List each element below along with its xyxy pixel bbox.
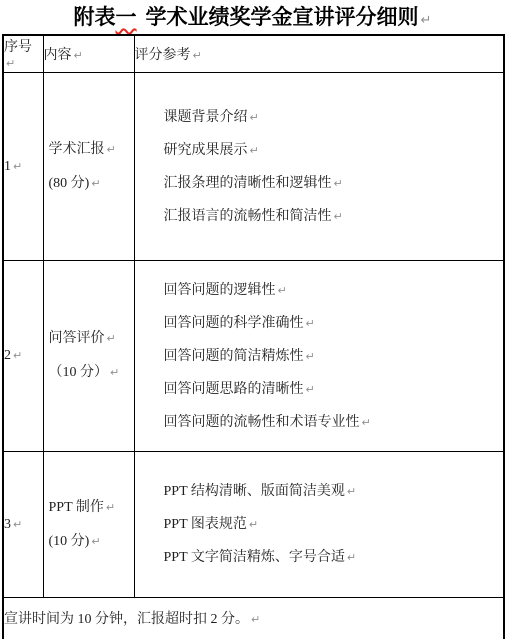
- paragraph-mark: ↵: [193, 49, 202, 62]
- criteria-line: PPT 结构清晰、版面简洁美观↵: [135, 475, 504, 508]
- row-number: 1: [4, 159, 11, 174]
- row-number: 3: [4, 517, 11, 532]
- paragraph-mark: ↵: [347, 551, 356, 564]
- header-cell-no: 序号↵: [3, 35, 43, 73]
- header-cell-criteria: 评分参考↵: [134, 35, 504, 73]
- paragraph-mark: ↵: [249, 518, 258, 531]
- criteria-text: 研究成果展示: [164, 143, 248, 158]
- criteria-line: 课题背景介绍↵: [135, 101, 504, 134]
- paragraph-mark: ↵: [91, 535, 100, 548]
- paragraph-mark: ↵: [110, 366, 119, 379]
- paragraph-mark: ↵: [13, 518, 22, 531]
- paragraph-mark: ↵: [306, 317, 315, 330]
- criteria-line: PPT 文字简洁精炼、字号合适↵: [135, 541, 504, 574]
- row-number-cell: 2↵: [3, 261, 43, 452]
- criteria-text: 课题背景介绍: [164, 110, 248, 125]
- paragraph-mark: ↵: [251, 613, 260, 626]
- paragraph-mark: ↵: [306, 383, 315, 396]
- content-cell: 学术汇报↵ (80 分)↵: [43, 73, 134, 261]
- criteria-text: 回答问题思路的清晰性: [164, 382, 304, 397]
- header-no-label: 序号: [4, 40, 32, 55]
- footer-note: 宣讲时间为 10 分钟，汇报超时扣 2 分。: [4, 612, 249, 627]
- footer-note-cell: 宣讲时间为 10 分钟，汇报超时扣 2 分。↵: [3, 598, 504, 639]
- criteria-line: 汇报语言的流畅性和简洁性↵: [135, 200, 504, 233]
- content-cell: 问答评价↵ （10 分）↵: [43, 261, 134, 452]
- paragraph-mark: ↵: [362, 416, 371, 429]
- content-line: (10 分)↵: [44, 525, 134, 559]
- title-prefix: 附表: [74, 6, 116, 29]
- content-text: (10 分): [49, 534, 90, 549]
- content-line: PPT 制作↵: [44, 491, 134, 525]
- content-line: 问答评价↵: [44, 322, 134, 356]
- criteria-text: 汇报语言的流畅性和简洁性: [164, 209, 332, 224]
- criteria-cell: 回答问题的逻辑性↵ 回答问题的科学准确性↵ 回答问题的简洁精炼性↵ 回答问题思路…: [134, 261, 504, 452]
- criteria-text: 回答问题的简洁精炼性: [164, 349, 304, 364]
- criteria-cell: 课题背景介绍↵ 研究成果展示↵ 汇报条理的清晰性和逻辑性↵ 汇报语言的流畅性和简…: [134, 73, 504, 261]
- content-text: (80 分): [49, 176, 90, 191]
- paragraph-mark: ↵: [107, 143, 116, 156]
- content-line: （10 分）↵: [44, 356, 134, 390]
- content-cell: PPT 制作↵ (10 分)↵: [43, 452, 134, 598]
- content-text: （10 分）: [49, 365, 109, 380]
- criteria-line: 回答问题的科学准确性↵: [135, 307, 504, 340]
- criteria-line: 研究成果展示↵: [135, 134, 504, 167]
- table-row-1: 1↵ 学术汇报↵ (80 分)↵ 课题背景介绍↵ 研究成果展示↵ 汇报条理的清晰…: [3, 73, 504, 261]
- header-criteria-label: 评分参考: [135, 48, 191, 63]
- document-page: 附表一学术业绩奖学金宣讲评分细则↵ 序号↵ 内容↵ 评分参考↵ 1↵ 学术汇报↵…: [0, 0, 505, 639]
- paragraph-mark: ↵: [306, 350, 315, 363]
- paragraph-mark: ↵: [74, 49, 83, 62]
- criteria-line: PPT 图表规范↵: [135, 508, 504, 541]
- title-spellcheck-underline: 一: [116, 6, 137, 29]
- paragraph-mark: ↵: [13, 349, 22, 362]
- criteria-line: 回答问题的流畅性和术语专业性↵: [135, 406, 504, 439]
- criteria-line: 回答问题思路的清晰性↵: [135, 373, 504, 406]
- criteria-text: 汇报条理的清晰性和逻辑性: [164, 176, 332, 191]
- criteria-cell: PPT 结构清晰、版面简洁美观↵ PPT 图表规范↵ PPT 文字简洁精炼、字号…: [134, 452, 504, 598]
- content-line: 学术汇报↵: [44, 133, 134, 167]
- header-content-label: 内容: [44, 48, 72, 63]
- criteria-line: 汇报条理的清晰性和逻辑性↵: [135, 167, 504, 200]
- criteria-text: 回答问题的流畅性和术语专业性: [164, 415, 360, 430]
- paragraph-mark: ↵: [107, 332, 116, 345]
- content-text: PPT 制作: [49, 500, 104, 515]
- criteria-text: 回答问题的逻辑性: [164, 283, 276, 298]
- page-title: 附表一学术业绩奖学金宣讲评分细则↵: [0, 4, 505, 35]
- header-cell-content: 内容↵: [43, 35, 134, 73]
- criteria-text: 回答问题的科学准确性: [164, 316, 304, 331]
- criteria-text: PPT 结构清晰、版面简洁美观: [164, 484, 345, 499]
- paragraph-mark: ↵: [278, 284, 287, 297]
- table-row-2: 2↵ 问答评价↵ （10 分）↵ 回答问题的逻辑性↵ 回答问题的科学准确性↵ 回…: [3, 261, 504, 452]
- paragraph-mark: ↵: [13, 160, 22, 173]
- row-number-cell: 1↵: [3, 73, 43, 261]
- paragraph-mark: ↵: [106, 501, 115, 514]
- content-text: 问答评价: [49, 331, 105, 346]
- paragraph-mark: ↵: [250, 111, 259, 124]
- row-number-cell: 3↵: [3, 452, 43, 598]
- table-header-row: 序号↵ 内容↵ 评分参考↵: [3, 35, 504, 73]
- criteria-text: PPT 文字简洁精炼、字号合适: [164, 550, 345, 565]
- title-text: 学术业绩奖学金宣讲评分细则: [146, 6, 419, 29]
- row-number: 2: [4, 348, 11, 363]
- content-text: 学术汇报: [49, 142, 105, 157]
- table-footer-row: 宣讲时间为 10 分钟，汇报超时扣 2 分。↵: [3, 598, 504, 639]
- paragraph-mark: ↵: [421, 13, 432, 28]
- paragraph-mark: ↵: [6, 57, 15, 70]
- scoring-table: 序号↵ 内容↵ 评分参考↵ 1↵ 学术汇报↵ (80 分)↵ 课题背景介绍↵ 研…: [2, 34, 505, 639]
- paragraph-mark: ↵: [334, 210, 343, 223]
- criteria-line: 回答问题的简洁精炼性↵: [135, 340, 504, 373]
- paragraph-mark: ↵: [334, 177, 343, 190]
- table-row-3: 3↵ PPT 制作↵ (10 分)↵ PPT 结构清晰、版面简洁美观↵ PPT …: [3, 452, 504, 598]
- paragraph-mark: ↵: [91, 177, 100, 190]
- paragraph-mark: ↵: [347, 485, 356, 498]
- criteria-line: 回答问题的逻辑性↵: [135, 274, 504, 307]
- paragraph-mark: ↵: [250, 144, 259, 157]
- content-line: (80 分)↵: [44, 167, 134, 201]
- criteria-text: PPT 图表规范: [164, 517, 247, 532]
